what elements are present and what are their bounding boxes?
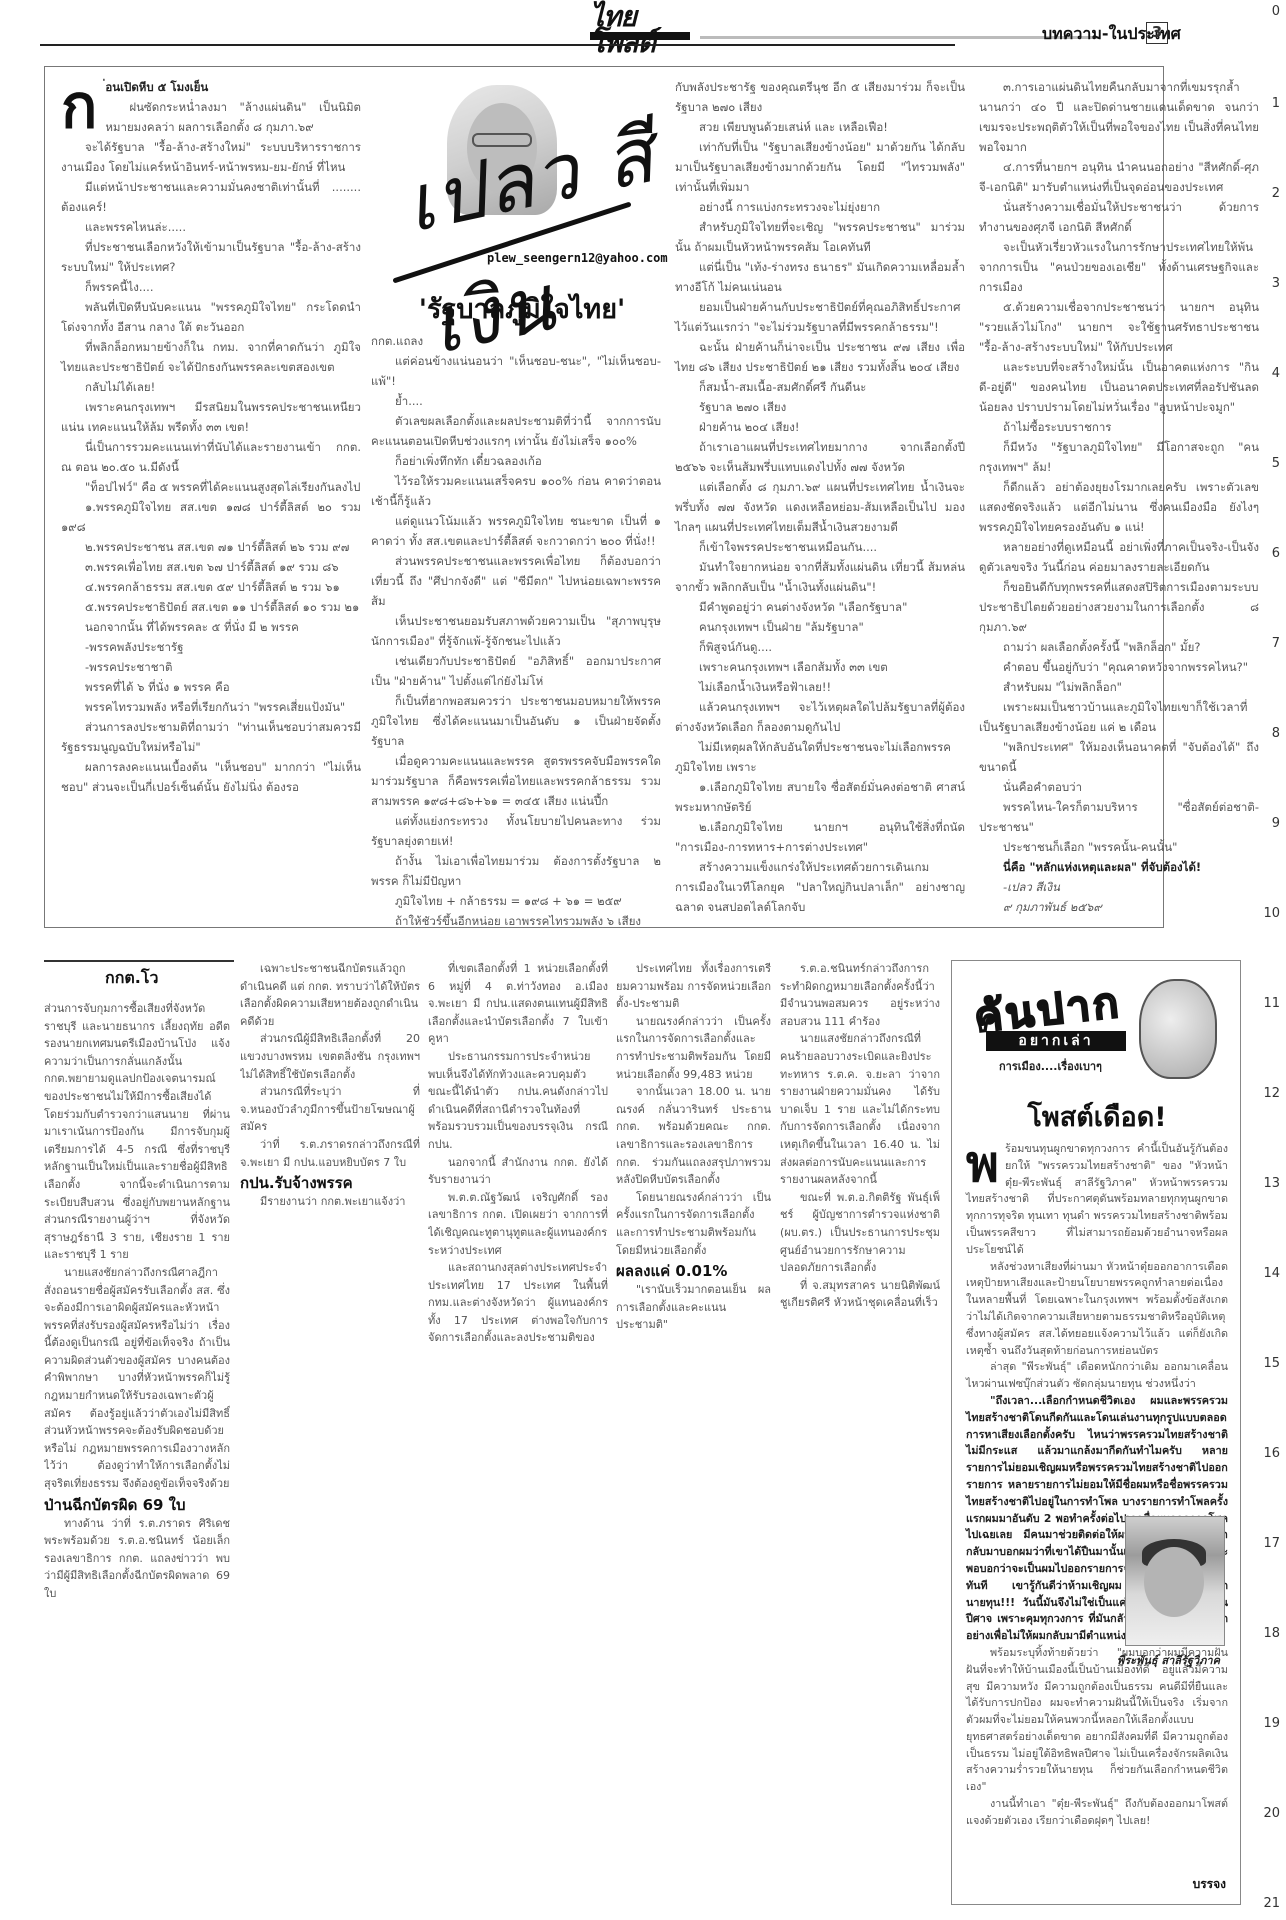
paragraph: ประเทศไทย ทั้งเรื่องการเตรียมความพร้อม ก… (616, 960, 771, 1013)
line-number: 7 (1272, 636, 1280, 651)
line-number: 5 (1272, 456, 1280, 471)
paragraph: พ.ต.ต.ณัฐวัฒน์ เจริญศักดิ์ รองเลขาธิการ … (428, 1189, 608, 1259)
paragraph: ถ้าให้ชัวร์ขึ้นอีกหน่อย เอาพรรคไทรวมพลัง… (371, 911, 661, 931)
paragraph: ส่วนกรณีผู้มีสิทธิเลือกตั้งที่ 20 แขวงบา… (240, 1030, 420, 1083)
news-column-4: ประเทศไทย ทั้งเรื่องการเตรียมความพร้อม ก… (616, 960, 771, 1910)
paragraph: มันทำใจยากหน่อย จากที่ส้มทั้งแผ่นดิน เที… (675, 557, 965, 597)
paragraph: ส่วนกรณีที่ระบุว่า ที่ จ.หนองบัวลำภูมีกา… (240, 1083, 420, 1136)
paragraph: และสถานกงสุลต่างประเทศประจำประเทศไทย 17 … (428, 1259, 608, 1347)
paragraph: ก็พิสูจน์กันดู.... (675, 637, 965, 657)
news-column-1: ส่วนการจับกุมการซื้อเสียงที่จังหวัดราชบุ… (44, 1000, 230, 1910)
paragraph: นี่เป็นการรวมคะแนนเท่าที่นับได้และรายงาน… (61, 437, 361, 477)
line-number: 8 (1272, 726, 1280, 741)
paragraph: จะได้รัฐบาล "รื้อ-ล้าง-สร้างใหม่" ระบบบร… (61, 137, 361, 177)
paragraph: ฉะนั้น ฝ่ายค้านก็น่าจะเป็น ประชาชน ๙๗ เส… (675, 337, 965, 377)
kwanpak-logo: คันปาก อยากเล่า การเมือง....เรื่องเบาๆ (964, 975, 1229, 1085)
paragraph: มีรายงานว่า กกต.พะเยาแจ้งว่า (240, 1193, 420, 1211)
news-subhead: กปน.รับจ้างพรรค (240, 1173, 420, 1193)
paragraph: อย่างนี้ การแบ่งกระทรวงจะไม่ยุ่งยาก (675, 197, 965, 217)
line-number: 19 (1263, 1716, 1280, 1731)
paragraph: เท่ากับที่เป็น "รัฐบาลเสียงข้างน้อย" มาด… (675, 137, 965, 197)
paragraph: จะเป็นหัวเรี่ยวหัวแรงในการรักษาประเทศไทย… (979, 237, 1259, 297)
paragraph: ก็เข้าใจพรรคประชาชนเหมือนกัน.... (675, 537, 965, 557)
line-number: 16 (1263, 1446, 1280, 1461)
dropcap: ก (61, 81, 97, 133)
paragraph: คนกรุงเทพฯ เป็นฝ่าย "ล้มรัฐบาล" (675, 617, 965, 637)
column-text-3: กับพลังประชารัฐ ของคุณตรีนุช อีก ๕ เสียง… (675, 77, 965, 917)
lead-line: ่อนเปิดหีบ ๕ โมงเย็น (61, 77, 361, 97)
paragraph: เมื่อดูความคะแนนและพรรค สูตรพรรคจับมือพร… (371, 751, 661, 811)
news-section-title: กกต.โว (105, 966, 158, 991)
line-number: 12 (1263, 1086, 1280, 1101)
party-result: ๑.พรรคภูมิใจไทย สส.เขต ๑๗๘ ปาร์ตี้ลิสต์ … (61, 497, 361, 537)
paragraph: ฝ่ายค้าน ๒๐๔ เสียง! (675, 417, 965, 437)
masthead-logo: ไทยโพสต์ (590, 4, 690, 44)
paragraph: รัฐบาล ๒๗๐ เสียง (675, 397, 965, 417)
paragraph: ที่พลิกล็อกหมายข้างก็ใน กทม. จากที่คาดกั… (61, 337, 361, 377)
header-rule-thin (700, 36, 1100, 39)
line-number: 1 (1272, 96, 1280, 111)
paragraph: กลับไม่ได้เลย! (61, 377, 361, 397)
line-number: 18 (1263, 1626, 1280, 1641)
party-result: ๓.พรรคเพื่อไทย สส.เขต ๖๗ ปาร์ตี้ลิสต์ ๑๙… (61, 557, 361, 577)
paragraph: จากนั้นเวลา 18.00 น. นายณรงค์ กลั่นวาริน… (616, 1083, 771, 1189)
photo-caption: พีระพันธุ์ สาลีรัฐวิภาค (1117, 1651, 1220, 1669)
line-number: 14 (1263, 1266, 1280, 1281)
opinion-column-box: เปลว สีเงิน plew_seengern12@yahoo.com 'ร… (44, 66, 1164, 928)
line-number: 3 (1272, 276, 1280, 291)
paragraph: งานนี้ทำเอา "ตุ๋ย-พีระพันธุ์" ถึงกับต้อง… (966, 1796, 1228, 1830)
kwanpak-column-box: คันปาก อยากเล่า การเมือง....เรื่องเบาๆ โ… (951, 960, 1241, 1905)
paragraph: ร.ต.อ.ชนินทร์กล่าวถึงการกระทำผิดกฎหมายเล… (780, 960, 940, 1030)
author-email: plew_seengern12@yahoo.com (487, 251, 668, 265)
paragraph: กับพลังประชารัฐ ของคุณตรีนุช อีก ๕ เสียง… (675, 77, 965, 117)
line-number: 20 (1263, 1806, 1280, 1821)
news-column-3: ที่เขตเลือกตั้งที่ 1 หน่วยเลือกตั้งที่ 6… (428, 960, 608, 1910)
paragraph: ก็ขอยินดีกับทุกพรรคที่แสดงสปิริตการเมือง… (979, 577, 1259, 637)
news-column-5: ร.ต.อ.ชนินทร์กล่าวถึงการกระทำผิดกฎหมายเล… (780, 960, 940, 1910)
paragraph: ตัวเลขผลเลือกตั้งและผลประชามติที่ว่านี้ … (371, 411, 661, 451)
paragraph: ล่าสุด "พีระพันธุ์" เดือดหนักกว่าเดิม ออ… (966, 1359, 1228, 1393)
column-text-1: ก ่อนเปิดหีบ ๕ โมงเย็น ฝนซัดกระหน่ำลงมา … (61, 77, 361, 797)
paragraph: แล้วคนกรุงเทพฯ จะไว้เหตุผลใดไปล้มรัฐบาลท… (675, 697, 965, 737)
photo-face (1144, 1547, 1204, 1617)
paragraph: พรรคไทรวมพลัง หรือที่เรียกกันว่า "พรรคเส… (61, 697, 361, 717)
line-number: 4 (1272, 366, 1280, 381)
paragraph: ถ้าเราเอาแผนที่ประเทศไทยมากาง จากเลือกตั… (675, 437, 965, 477)
line-number: 13 (1263, 1176, 1280, 1191)
party-result: ๕.พรรคประชาธิปัตย์ สส.เขต ๑๑ ปาร์ตี้ลิสต… (61, 597, 361, 617)
kwanpak-signature: บรรจง (1193, 1875, 1226, 1894)
page-number: 3 (1146, 22, 1168, 44)
kwanpak-logo-bar: อยากเล่า (986, 1031, 1126, 1051)
paragraph: ทางด้าน ว่าที่ ร.ต.ภราดร ศิริเดชพระพร้อม… (44, 1515, 230, 1603)
paragraph: นั่นสร้างความเชื่อมั่นให้ประชาชนว่า ด้วย… (979, 197, 1259, 237)
line-number: 2 (1272, 186, 1280, 201)
line-number: 10 (1263, 906, 1280, 921)
paragraph: นายณรงค์กล่าวว่า เป็นครั้งแรกในการจัดการ… (616, 1013, 771, 1083)
column-text-4: ๓.การเอาแผ่นดินไทยคืนกลับมาจากที่เขมรรุก… (979, 77, 1259, 917)
paragraph: เพราะคนกรุงเทพฯ เลือกส้มทั้ง ๓๓ เขต (675, 657, 965, 677)
party-result: ๔.พรรคกล้าธรรม สส.เขต ๕๙ ปาร์ตี้ลิสต์ ๒ … (61, 577, 361, 597)
paragraph: มีคำพูดอยู่ว่า คนต่างจังหวัด "เลือกรัฐบา… (675, 597, 965, 617)
paragraph: นายแสงชัยกล่าวถึงกรณีศาลฎีกา สั่งถอนรายช… (44, 1264, 230, 1493)
column-title: 'รัฐบาลภูมิใจไทย' (367, 287, 677, 330)
kwanpak-tagline: การเมือง....เรื่องเบาๆ (999, 1057, 1102, 1075)
paragraph: มีแต่หน้าประชาชนและความมั่นคงชาติเท่านั้… (61, 177, 361, 217)
line-number: 15 (1263, 1356, 1280, 1371)
paragraph: หลายอย่างที่ดูเหมือนนี้ อย่าเพิ่งที่ภาคเ… (979, 537, 1259, 577)
paragraph: ก็พรรคนี้ไง.... (61, 277, 361, 297)
paragraph: นายแสงชัยกล่าวถึงกรณีที่คนร้ายลอบวางระเบ… (780, 1030, 940, 1188)
line-number: 11 (1263, 996, 1280, 1011)
paragraph: -พรรคประชาชาติ (61, 657, 361, 677)
news-column-2: เฉพาะประชาชนฉีกบัตรแล้วถูกดำเนินคดี แต่ … (240, 960, 420, 1910)
paragraph: "เรานับเร็วมากตอนเย็น ผลการเลือกตั้งและค… (616, 1281, 771, 1334)
paragraph: ไม่เลือกน้ำเงินหรือฟ้าเลย!! (675, 677, 965, 697)
paragraph: ถ้าไม่ซื้อระบบราชการ (979, 417, 1259, 437)
paragraph: แต่ค่อนข้างแน่นอนว่า "เห็นชอบ-ชนะ", "ไม่… (371, 351, 661, 391)
paragraph: ร้อมขนทุนผูกขาดทุกวงการ คำนี้เป็นอันรู้ก… (966, 1141, 1228, 1259)
paragraph: เช่นเดียวกับประชาธิปัตย์ "อภิสิทธิ์" ออก… (371, 651, 661, 691)
paragraph: ส่วนการจับกุมการซื้อเสียงที่จังหวัดราชบุ… (44, 1000, 230, 1264)
politician-photo (1125, 1516, 1225, 1646)
party-result: ๒.พรรคประชาชน สส.เขต ๗๑ ปาร์ตี้ลิสต์ ๒๖ … (61, 537, 361, 557)
paragraph: นอกจากนี้ สำนักงาน กกต. ยังได้รับรายงานว… (428, 1154, 608, 1189)
paragraph: ก็เป็นที่ฮากพอสมควรว่า ประชาชนมอบหมายให้… (371, 691, 661, 751)
paragraph: แต่ดูแนวโน้มแล้ว พรรคภูมิใจไทย ชนะขาด เป… (371, 511, 661, 551)
paragraph: ก็อย่าเพิ่งทึกทัก เดี๋ยวฉลองเก้อ (371, 451, 661, 471)
paragraph: สร้างความแข็งแกร่งให้ประเทศด้วยการเดินเก… (675, 857, 965, 917)
paragraph: ขณะที่ พ.ต.อ.กิตติรัฐ พันธุ์เพ็ชร์ ผู้บั… (780, 1189, 940, 1277)
news-subhead: ผลลงแค่ 0.01% (616, 1261, 771, 1281)
paragraph: "ท็อปไฟว์" คือ ๕ พรรคที่ได้คะแนนสูงสุดไล… (61, 477, 361, 497)
paragraph: -พรรคพลังประชารัฐ (61, 637, 361, 657)
paragraph: พลันที่เปิดหีบนับคะแนน "พรรคภูมิใจไทย" ก… (61, 297, 361, 337)
paragraph: ประธานกรรมการประจำหน่วยพบเห็นจึงได้ทักท้… (428, 1048, 608, 1154)
paragraph: และพรรคไหนล่ะ..... (61, 217, 361, 237)
paragraph: ภูมิใจไทย + กล้าธรรม = ๑๙๘ + ๖๑ = ๒๕๙ (371, 891, 661, 911)
paragraph: ส่วนการลงประชามติที่ถามว่า "ท่านเห็นชอบว… (61, 717, 361, 757)
paragraph: ไม่มีเหตุผลให้กลับอันใดที่ประชาชนจะไม่เล… (675, 737, 965, 777)
paragraph: ผลการลงคะแนนเบื้องต้น "เห็นชอบ" มากกว่า … (61, 757, 361, 797)
paragraph: สำหรับภูมิใจไทยที่จะเชิญ "พรรคประชาชน" ม… (675, 217, 965, 257)
paragraph: เพราะคนกรุงเทพฯ มีรสนิยมในพรรคประชาชนเหน… (61, 397, 361, 437)
paragraph: ๓.การเอาแผ่นดินไทยคืนกลับมาจากที่เขมรรุก… (979, 77, 1259, 157)
line-number: 17 (1263, 1536, 1280, 1551)
paragraph: ที่ จ.สมุทรสาคร นายนิติพัฒน์ ชูเกียรติศร… (780, 1277, 940, 1312)
paragraph: ว่าที่ ร.ต.ภราดรกล่าวถึงกรณีที่ จ.พะเยา … (240, 1136, 420, 1171)
paragraph: เพราะผมเป็นชาวบ้านและภูมิใจไทยเขาก็ใช้เว… (979, 697, 1259, 737)
paragraph: ก็ดีกแล้ว อย่าต้องยุยงโรมากเลยครับ เพราะ… (979, 477, 1259, 537)
line-number: 21 (1263, 1896, 1280, 1911)
paragraph: พรรคไหน-ใครก็ตามบริหาร "ซื่อสัตย์ต่อชาติ… (979, 797, 1259, 837)
paragraph: ฝนซัดกระหน่ำลงมา "ล้างแผ่นดิน" เป็นนิมิต… (61, 97, 361, 137)
line-number: 0 (1272, 4, 1280, 19)
paragraph: สำหรับผม "ไม่พลิกล็อก" (979, 677, 1259, 697)
paragraph: ถ้างั้น ไม่เอาเพื่อไทยมาร่วม ต้องการตั้ง… (371, 851, 661, 891)
paragraph: ส่วนพรรคประชาชนและพรรคเพื่อไทย ก็ต้องบอก… (371, 551, 661, 611)
logo-underline (590, 32, 690, 40)
paragraph: นอกจากนั้น ที่ได้พรรคละ ๕ ที่นั่ง มี ๒ พ… (61, 617, 361, 637)
paragraph: หลังช่วงหาเสียงที่ผ่านมา หัวหน้าตุ๋ยออกอ… (966, 1259, 1228, 1360)
paragraph: ประชาชนก็เลือก "พรรคนั้น-คนนั้น" (979, 837, 1259, 857)
paragraph: "พลิกประเทศ" ให้มองเห็นอนาคตที่ "จับต้อง… (979, 737, 1259, 777)
paragraph: โดยนายณรงค์กล่าวว่า เป็นครั้งแรกในการจัด… (616, 1189, 771, 1259)
logo-text: ไทยโพสต์ (590, 4, 690, 56)
paragraph: แต่เลือกตั้ง ๘ กุมภา.๖๙ แผนที่ประเทศไทย … (675, 477, 965, 537)
date: ๙ กุมภาพันธ์ ๒๕๖๙ (979, 897, 1259, 917)
line-number-gutter: 0 1 2 3 4 5 6 7 8 9 10 11 12 13 14 15 16… (1260, 0, 1286, 1920)
paragraph: ยอมเป็นฝ่ายค้านกับประชาธิปัตย์ที่คุณอภิส… (675, 297, 965, 337)
paragraph: ๒.เลือกภูมิใจไทย นายกฯ อนุทินใช้สิ่งที่ถ… (675, 817, 965, 857)
column-text-2: กกต.แถลง แต่ค่อนข้างแน่นอนว่า "เห็นชอบ-ช… (371, 331, 661, 931)
line-number: 6 (1272, 546, 1280, 561)
paragraph: ที่ประชาชนเลือกหวังให้เข้ามาเป็นรัฐบาล "… (61, 237, 361, 277)
line-number: 9 (1272, 816, 1280, 831)
kwanpak-headline: โพสต์เดือด! (952, 1095, 1242, 1138)
paragraph: พรรคที่ได้ ๖ ที่นั่ง ๑ พรรค คือ (61, 677, 361, 697)
paragraph: แต่ทั้งแย่งกระทรวง ทั้งนโยบายไปคนละทาง ร… (371, 811, 661, 851)
paragraph: เห็นประชาชนยอมรับสภาพด้วยความเป็น "สุภาพ… (371, 611, 661, 651)
paragraph: กกต.แถลง (371, 331, 661, 351)
paragraph: และระบบที่จะสร้างใหม่นั้น เป็นอาคตแห่งกา… (979, 357, 1259, 417)
paragraph: ถามว่า ผลเลือกตั้งครั้งนี้ "พลิกล็อก" มั… (979, 637, 1259, 657)
signature: -เปลว สีเงิน (979, 877, 1259, 897)
paragraph: ๔.การที่นายกฯ อนุทิน นำคนนอกอย่าง "สีหศั… (979, 157, 1259, 197)
header-rule (40, 44, 955, 46)
paragraph: ก็สมน้ำ-สมเนื้อ-สมศักดิ์ศรี กันดีนะ (675, 377, 965, 397)
news-subhead: ป่านฉีกบัตรผิด 69 ใบ (44, 1495, 230, 1515)
paragraph: ที่เขตเลือกตั้งที่ 1 หน่วยเลือกตั้งที่ 6… (428, 960, 608, 1048)
paragraph: นั่นคือคำตอบว่า (979, 777, 1259, 797)
paragraph: ไว้รอให้รวมคะแนนเสร็จครบ ๑๐๐% ก่อน คาดว่… (371, 471, 661, 511)
paragraph: เฉพาะประชาชนฉีกบัตรแล้วถูกดำเนินคดี แต่ … (240, 960, 420, 1030)
paragraph: คำตอบ ขึ้นอยู่กับว่า "คุณคาดหวังจากพรรคไ… (979, 657, 1259, 677)
paragraph: สวย เพียบพูนด้วยเสน่ห์ และ เหลือเฟือ! (675, 117, 965, 137)
closing-line: นี่คือ "หลักแห่งเหตุและผล" ที่จับต้องได้… (979, 857, 1259, 877)
newspaper-page: ไทยโพสต์ บทความ-ในประเทศ 3 0 1 2 3 4 5 6… (0, 0, 1286, 1920)
paragraph: ๕.ด้วยความเชื่อจากประชาชนว่า นายกฯ อนุทิ… (979, 297, 1259, 357)
paragraph: ย้ำ.... (371, 391, 661, 411)
dropcap: พ (966, 1141, 999, 1187)
section-rule (44, 960, 234, 962)
paragraph: แต่นี่เป็น "เท้ง-ร่างทรง ธนาธร" มันเกิดค… (675, 257, 965, 297)
kwanpak-body: พ ร้อมขนทุนผูกขาดทุกวงการ คำนี้เป็นอันรู… (966, 1141, 1228, 1830)
paragraph: ก็มีหวัง "รัฐบาลภูมิใจไทย" มีโอกาสจะถูก … (979, 437, 1259, 477)
cartoon-mascot-icon (1139, 979, 1217, 1079)
paragraph: ๑.เลือกภูมิใจไทย สบายใจ ซื่อสัตย์มั่นคงต… (675, 777, 965, 817)
